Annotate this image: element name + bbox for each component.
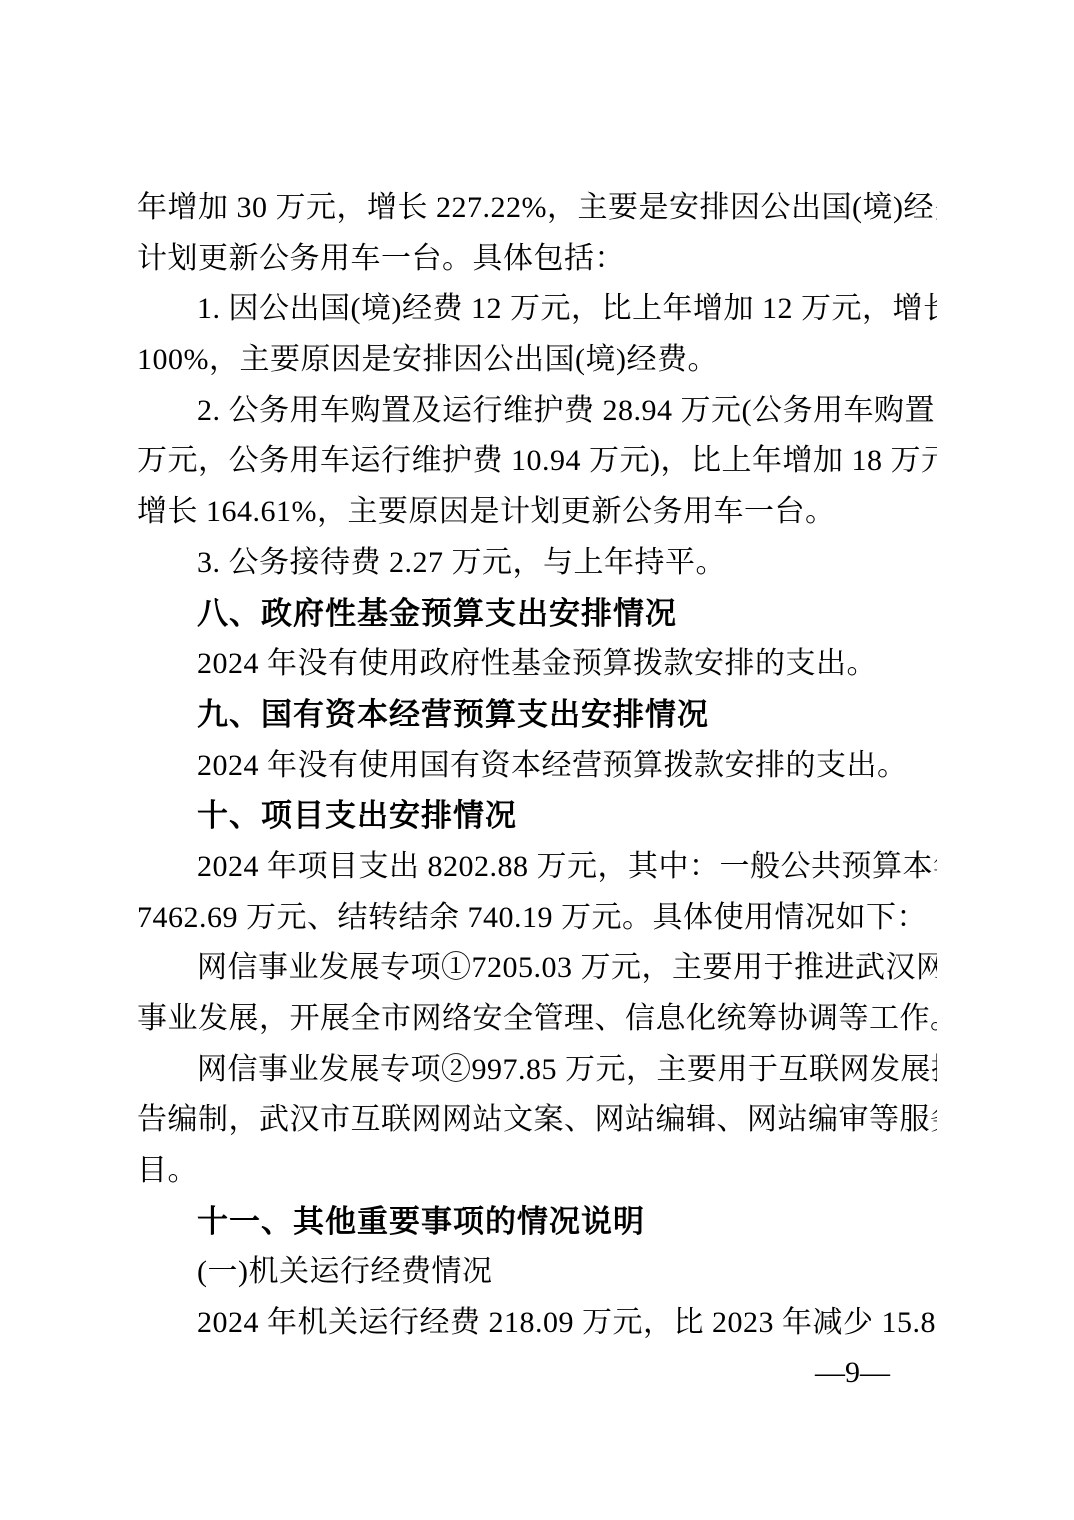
- document-content: 年增加 30 万元，增长 227.22%，主要是安排因公出国(境)经费；计划更新…: [137, 183, 937, 1349]
- body-text-line: 2. 公务用车购置及运行维护费 28.94 万元(公务用车购置费 18: [137, 386, 937, 437]
- body-text-line: 目。: [137, 1146, 937, 1197]
- page-number: —9—: [815, 1348, 890, 1398]
- body-text-line: 增长 164.61%，主要原因是计划更新公务用车一台。: [137, 487, 937, 538]
- body-text-line: 事业发展，开展全市网络安全管理、信息化统筹协调等工作。: [137, 994, 937, 1045]
- body-text-line: 网信事业发展专项②997.85 万元，主要用于互联网发展报: [137, 1045, 937, 1096]
- body-text-line: 100%，主要原因是安排因公出国(境)经费。: [137, 335, 937, 386]
- body-text-line: 万元，公务用车运行维护费 10.94 万元)，比上年增加 18 万元，: [137, 436, 937, 487]
- body-text-line: 7462.69 万元、结转结余 740.19 万元。具体使用情况如下：: [137, 893, 937, 944]
- body-text-line: 1. 因公出国(境)经费 12 万元，比上年增加 12 万元，增长: [137, 284, 937, 335]
- body-text-line: 告编制，武汉市互联网网站文案、网站编辑、网站编审等服务项: [137, 1095, 937, 1146]
- section-heading-line: 九、国有资本经营预算支出安排情况: [137, 690, 937, 741]
- body-text-line: 2024 年没有使用国有资本经营预算拨款安排的支出。: [137, 741, 937, 792]
- body-text-line: 2024 年没有使用政府性基金预算拨款安排的支出。: [137, 639, 937, 690]
- body-text-line: 2024 年项目支出 8202.88 万元，其中：一般公共预算本年拨款: [137, 842, 937, 893]
- body-text-line: 计划更新公务用车一台。具体包括：: [137, 234, 937, 285]
- body-text-line: 年增加 30 万元，增长 227.22%，主要是安排因公出国(境)经费；: [137, 183, 937, 234]
- section-heading-line: 十、项目支出安排情况: [137, 791, 937, 842]
- document-page: 年增加 30 万元，增长 227.22%，主要是安排因公出国(境)经费；计划更新…: [0, 0, 1074, 1520]
- section-heading-line: 八、政府性基金预算支出安排情况: [137, 589, 937, 640]
- body-text-line: 2024 年机关运行经费 218.09 万元，比 2023 年减少 15.8 万: [137, 1298, 937, 1349]
- body-text-line: (一)机关运行经费情况: [137, 1247, 937, 1298]
- body-text-line: 网信事业发展专项①7205.03 万元，主要用于推进武汉网信: [137, 943, 937, 994]
- section-heading-line: 十一、其他重要事项的情况说明: [137, 1197, 937, 1248]
- body-text-line: 3. 公务接待费 2.27 万元，与上年持平。: [137, 538, 937, 589]
